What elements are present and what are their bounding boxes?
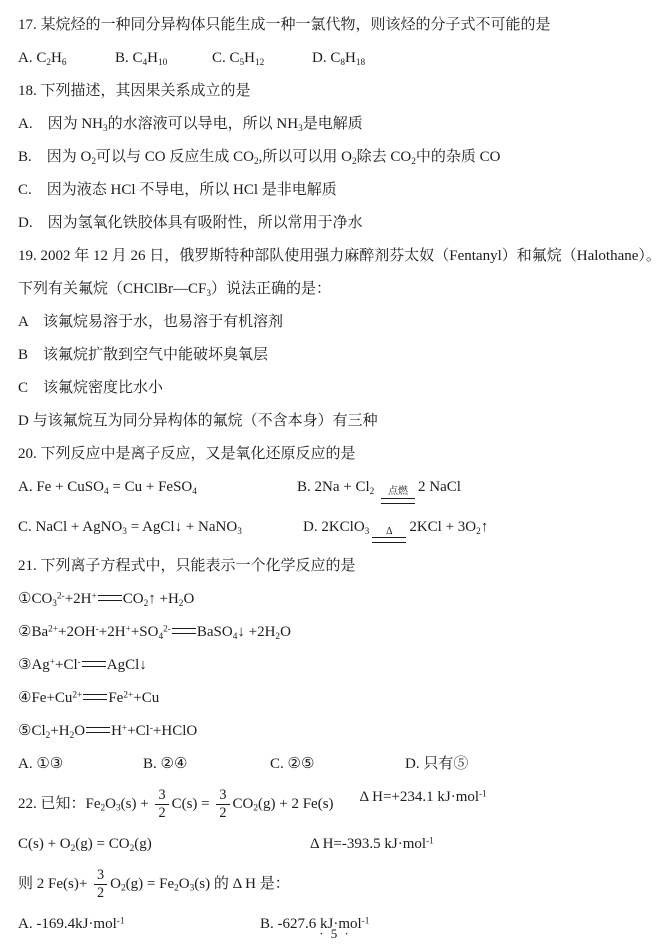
q17-option-b: B. C4H10	[115, 49, 212, 68]
q19-stem-line2: 下列有关氟烷（CHClBr—CF3）说法正确的是：	[18, 280, 660, 299]
q22-target-line: 则 2 Fe(s)+ 32O2(g) = Fe2O3(s) 的 Δ H 是：	[18, 868, 660, 901]
q17-option-c: C. C5H12	[212, 49, 312, 68]
q17-option-d: D. C8H18	[312, 49, 365, 68]
q21-option-c: C. ②⑤	[270, 755, 405, 774]
q21-option-b: B. ②④	[143, 755, 270, 774]
q22-delta-h-1: Δ H=+234.1 kJ·mol-1	[360, 788, 487, 807]
q21-equation-5: ⑤Cl2+H2OH++Cl-+HClO	[18, 722, 660, 741]
q19-stem-line1: 19. 2002 年 12 月 26 日，俄罗斯特种部队使用强力麻醉剂芬太奴（F…	[18, 247, 660, 266]
q21-option-d: D. 只有⑤	[405, 755, 468, 774]
q20-option-b: B. 2Na + Cl2 点燃2 NaCl	[297, 478, 461, 504]
q20-option-c: C. NaCl + AgNO3 = AgCl↓ + NaNO3	[18, 518, 303, 537]
q22-given-line2: C(s) + O2(g) = CO2(g) Δ H=-393.5 kJ·mol-…	[18, 835, 660, 854]
q22-equation-1: 22. 已知：Fe2O3(s) + 32C(s) = 32CO2(g) + 2 …	[18, 788, 334, 821]
q21-options-row: A. ①③ B. ②④ C. ②⑤ D. 只有⑤	[18, 755, 660, 774]
exam-page: 17. 某烷烃的一种同分异构体只能生成一种一氯代物，则该烃的分子式不可能的是 A…	[0, 0, 670, 950]
q20-stem: 20. 下列反应中是离子反应，又是氧化还原反应的是	[18, 445, 660, 464]
q17-stem: 17. 某烷烃的一种同分异构体只能生成一种一氯代物，则该烃的分子式不可能的是	[18, 16, 660, 35]
q21-equation-3: ③Ag++Cl-AgCl↓	[18, 656, 660, 675]
q21-equation-1: ①CO32-+2H+CO2↑ +H2O	[18, 590, 660, 609]
q21-stem: 21. 下列离子方程式中，只能表示一个化学反应的是	[18, 557, 660, 576]
q21-equation-2: ②Ba2++2OH-+2H++SO42-BaSO4↓ +2H2O	[18, 623, 660, 642]
q18-option-d: D. 因为氢氧化铁胶体具有吸附性，所以常用于净水	[18, 214, 660, 233]
q21-equation-4: ④Fe+Cu2+Fe2++Cu	[18, 689, 660, 708]
q19-option-b: B 该氟烷扩散到空气中能破坏臭氧层	[18, 346, 660, 365]
q22-given-line1: 22. 已知：Fe2O3(s) + 32C(s) = 32CO2(g) + 2 …	[18, 788, 660, 821]
q22-equation-2: C(s) + O2(g) = CO2(g)	[18, 835, 310, 854]
q17-options-row: A. C2H6 B. C4H10 C. C5H12 D. C8H18	[18, 49, 660, 68]
q22-delta-h-2: Δ H=-393.5 kJ·mol-1	[310, 835, 434, 854]
q19-option-c: C 该氟烷密度比水小	[18, 379, 660, 398]
q18-option-a: A. 因为 NH3的水溶液可以导电，所以 NH3是电解质	[18, 115, 660, 134]
q20-options-row2: C. NaCl + AgNO3 = AgCl↓ + NaNO3 D. 2KClO…	[18, 518, 660, 544]
q21-option-a: A. ①③	[18, 755, 143, 774]
q18-option-c: C. 因为液态 HCl 不导电，所以 HCl 是非电解质	[18, 181, 660, 200]
q20-options-row1: A. Fe + CuSO4 = Cu + FeSO4 B. 2Na + Cl2 …	[18, 478, 660, 504]
q19-option-a: A 该氟烷易溶于水，也易溶于有机溶剂	[18, 313, 660, 332]
q17-option-a: A. C2H6	[18, 49, 115, 68]
q18-stem: 18. 下列描述，其因果关系成立的是	[18, 82, 660, 101]
q20-option-d: D. 2KClO3Δ2KCl + 3O2↑	[303, 518, 488, 544]
q18-option-b: B. 因为 O2可以与 CO 反应生成 CO2,所以可以用 O2除去 CO2中的…	[18, 148, 660, 167]
page-number: · 5 ·	[0, 926, 670, 942]
q20-option-a: A. Fe + CuSO4 = Cu + FeSO4	[18, 478, 297, 497]
q19-option-d: D 与该氟烷互为同分异构体的氟烷（不含本身）有三种	[18, 412, 660, 431]
